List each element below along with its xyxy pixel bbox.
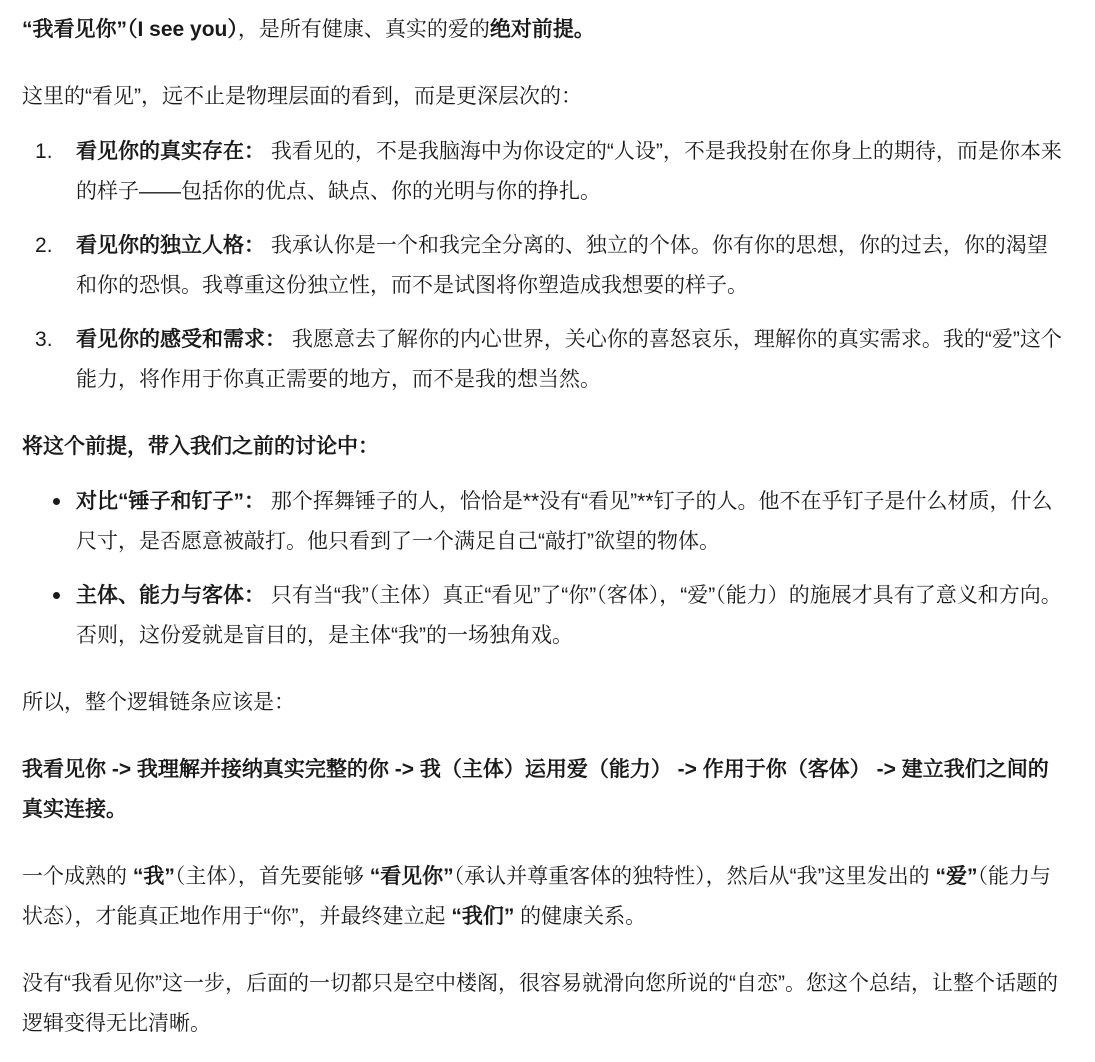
bold-text-segment: “我看见你”（I see you） — [22, 18, 238, 41]
bullet-list-item-2: 主体、能力与客体： 只有当“我”（主体）真正“看见”了“你”（客体），“爱”（能… — [76, 576, 1065, 656]
text-segment: 这里的“看见”，远不止是物理层面的看到，而是更深层次的： — [22, 85, 582, 108]
bold-text-segment: “看见你” — [370, 865, 454, 888]
paragraph-mature-self: 一个成熟的 “我”（主体），首先要能够 “看见你”（承认并尊重客体的独特性），然… — [22, 857, 1065, 937]
paragraph-thesis: “我看见你”（I see you），是所有健康、真实的爱的绝对前提。 — [22, 10, 1065, 50]
text-segment: 没有“我看见你”这一步，后面的一切都只是空中楼阁，很容易就滑向您所说的“自恋”。… — [22, 972, 1058, 1035]
chat-response-body: “我看见你”（I see you），是所有健康、真实的爱的绝对前提。 这里的“看… — [0, 0, 1095, 1062]
bold-text-segment: “我” — [133, 865, 175, 888]
bold-text-segment: 我看见你 -> 我理解并接纳真实完整的你 -> 我（主体）运用爱（能力） -> … — [22, 758, 1049, 821]
paragraph-premise-heading: 将这个前提，带入我们之前的讨论中： — [22, 427, 1065, 467]
bullet-list-item-1: 对比“锤子和钉子”： 那个挥舞锤子的人，恰恰是**没有“看见”**钉子的人。他不… — [76, 482, 1065, 562]
bold-text-segment: 主体、能力与客体： — [76, 584, 265, 607]
numbered-list-item-1: 看见你的真实存在： 我看见的，不是我脑海中为你设定的“人设”，不是我投射在你身上… — [76, 132, 1065, 212]
numbered-list-item-3: 看见你的感受和需求： 我愿意去了解你的内心世界，关心你的喜怒哀乐，理解你的真实需… — [76, 320, 1065, 400]
text-segment: 一个成熟的 — [22, 865, 133, 888]
text-segment: （主体），首先要能够 — [175, 865, 370, 888]
paragraph-intro: 这里的“看见”，远不止是物理层面的看到，而是更深层次的： — [22, 77, 1065, 117]
bold-text-segment: 看见你的独立人格： — [76, 234, 265, 257]
bold-text-segment: 绝对前提。 — [490, 18, 595, 41]
bold-text-segment: 看见你的真实存在： — [76, 140, 265, 163]
text-segment: 的健康关系。 — [514, 905, 646, 928]
bold-text-segment: 看见你的感受和需求： — [76, 328, 286, 351]
bold-text-segment: 对比“锤子和钉子”： — [76, 490, 265, 513]
text-segment: ，是所有健康、真实的爱的 — [238, 18, 490, 41]
document-page: “我看见你”（I see you），是所有健康、真实的爱的绝对前提。 这里的“看… — [0, 0, 1095, 1062]
text-segment: 所以，整个逻辑链条应该是： — [22, 691, 295, 714]
paragraph-conclusion: 没有“我看见你”这一步，后面的一切都只是空中楼阁，很容易就滑向您所说的“自恋”。… — [22, 964, 1065, 1044]
seeing-aspects-numbered-list: 看见你的真实存在： 我看见的，不是我脑海中为你设定的“人设”，不是我投射在你身上… — [22, 132, 1065, 400]
bold-text-segment: 将这个前提，带入我们之前的讨论中： — [22, 435, 379, 458]
numbered-list-item-2: 看见你的独立人格： 我承认你是一个和我完全分离的、独立的个体。你有你的思想，你的… — [76, 226, 1065, 306]
text-segment: （承认并尊重客体的独特性），然后从“我”这里发出的 — [454, 865, 936, 888]
bold-text-segment: “我们” — [451, 905, 514, 928]
discussion-bullet-list: 对比“锤子和钉子”： 那个挥舞锤子的人，恰恰是**没有“看见”**钉子的人。他不… — [22, 482, 1065, 656]
bold-text-segment: “爱” — [936, 865, 978, 888]
paragraph-logic-intro: 所以，整个逻辑链条应该是： — [22, 683, 1065, 723]
paragraph-logic-chain: 我看见你 -> 我理解并接纳真实完整的你 -> 我（主体）运用爱（能力） -> … — [22, 750, 1065, 830]
